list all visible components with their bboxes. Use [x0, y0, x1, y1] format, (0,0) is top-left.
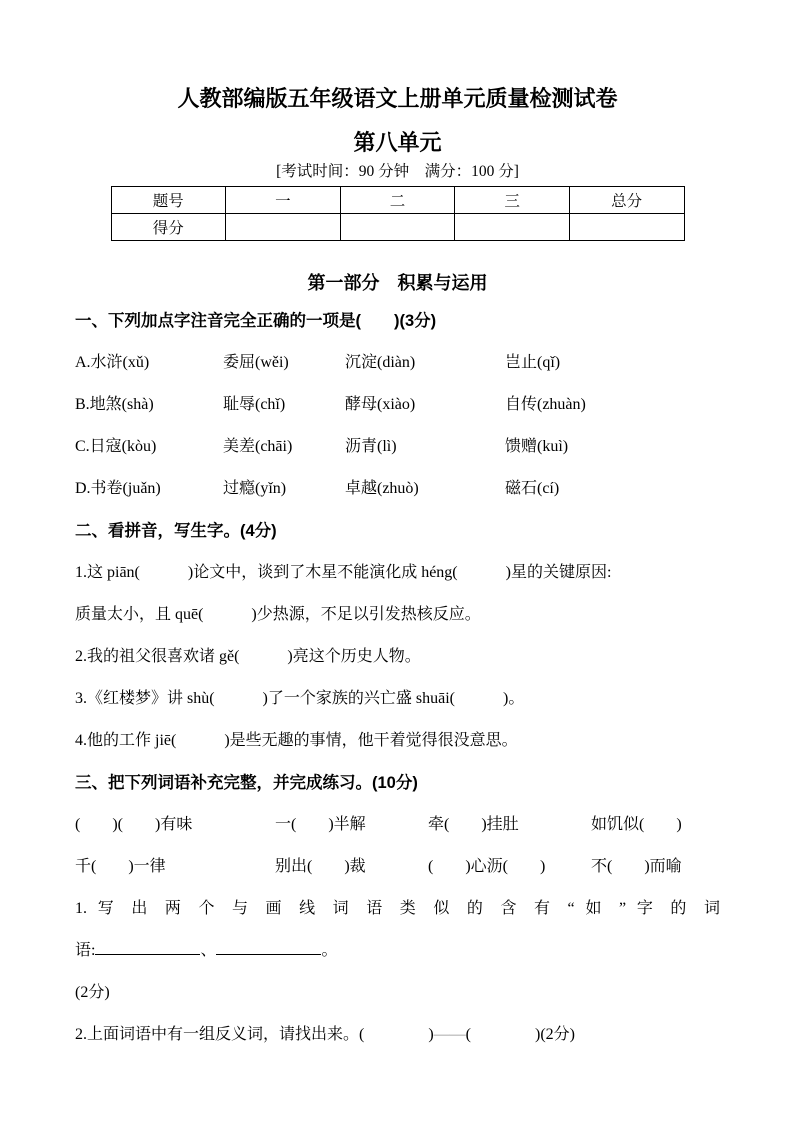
option-row-c: C.日寇(kòu) 美差(chāi) 沥青(lì) 馈赠(kuì) [75, 426, 720, 468]
answer-blank-line [216, 940, 321, 955]
sub2-dash: —— [434, 1026, 466, 1043]
idiom-item: ( )心沥( ) [428, 846, 591, 888]
option-item: A.水浒(xǔ) [75, 342, 223, 384]
option-item: 馈赠(kuì) [505, 426, 720, 468]
option-row-d: D.书卷(juǎn) 过瘾(yǐn) 卓越(zhuò) 磁石(cí) [75, 468, 720, 510]
idiom-item: 不( )而喻 [591, 846, 720, 888]
question3-stem: 三、把下列词语补充完整，并完成练习。(10分) [75, 762, 720, 804]
option-item: 自传(zhuàn) [505, 384, 720, 426]
score-row-label: 得分 [111, 214, 226, 241]
option-item: 耻辱(chǐ) [223, 384, 345, 426]
idiom-row-2: 千( )一律 别出( )裁 ( )心沥( ) 不( )而喻 [75, 846, 720, 888]
score-table-header-cell: 总分 [569, 187, 684, 214]
idiom-item: ( )( )有味 [75, 804, 275, 846]
sub1-separator: 、 [200, 942, 216, 959]
idiom-item: 别出( )裁 [275, 846, 428, 888]
option-item: C.日寇(kòu) [75, 426, 223, 468]
option-item: B.地煞(shà) [75, 384, 223, 426]
exam-paper-page: 人教部编版五年级语文上册单元质量检测试卷 第八单元 [考试时间：90 分钟 满分… [0, 0, 794, 1123]
question2-line: 2.我的祖父很喜欢诸 gě( )亮这个历史人物。 [75, 636, 720, 678]
question2-line: 1.这 piān( )论文中，谈到了木星不能演化成 héng( )星的关键原因: [75, 552, 720, 594]
question1-stem: 一、下列加点字注音完全正确的一项是( )(3分) [75, 300, 720, 342]
score-table-header-cell: 二 [340, 187, 455, 214]
question3-sub1-line2: 语:、。 [75, 930, 720, 972]
question3-sub1-line1: 1. 写 出 两 个 与 画 线 词 语 类 似 的 含 有 “ 如 ” 字 的… [75, 888, 720, 930]
option-item: D.书卷(juǎn) [75, 468, 223, 510]
option-item: 酵母(xiào) [345, 384, 505, 426]
option-row-a: A.水浒(xǔ) 委屈(wěi) 沉淀(diàn) 岂止(qǐ) [75, 342, 720, 384]
score-table-header-cell: 题号 [111, 187, 226, 214]
sub2-text: 2.上面词语中有一组反义词，请找出来。( ) [75, 1026, 434, 1043]
idiom-item: 千( )一律 [75, 846, 275, 888]
score-table: 题号 一 二 三 总分 得分 [111, 186, 685, 241]
paper-title: 人教部编版五年级语文上册单元质量检测试卷 [75, 84, 720, 114]
score-table-score-row: 得分 [111, 214, 684, 241]
question2-line: 质量太小，且 quē( )少热源，不足以引发热核反应。 [75, 594, 720, 636]
score-cell-empty [569, 214, 684, 241]
option-item: 沉淀(diàn) [345, 342, 505, 384]
score-table-header-cell: 三 [455, 187, 570, 214]
sub1-prefix: 语: [75, 942, 95, 959]
answer-blank-line [95, 940, 200, 955]
unit-subtitle: 第八单元 [75, 128, 720, 158]
option-row-b: B.地煞(shà) 耻辱(chǐ) 酵母(xiào) 自传(zhuàn) [75, 384, 720, 426]
sub1-period: 。 [321, 942, 337, 959]
question2-line: 4.他的工作 jiē( )是些无趣的事情，他干着觉得很没意思。 [75, 720, 720, 762]
score-cell-empty [455, 214, 570, 241]
idiom-row-1: ( )( )有味 一( )半解 牵( )挂肚 如饥似( ) [75, 804, 720, 846]
score-cell-empty [340, 214, 455, 241]
idiom-item: 牵( )挂肚 [428, 804, 591, 846]
idiom-item: 一( )半解 [275, 804, 428, 846]
part1-heading: 第一部分 积累与运用 [75, 266, 720, 300]
sub2-text: ( )(2分) [466, 1026, 575, 1043]
option-item: 卓越(zhuò) [345, 468, 505, 510]
question3-sub1-points: (2分) [75, 972, 720, 1014]
idiom-item: 如饥似( ) [591, 804, 720, 846]
option-item: 过瘾(yǐn) [223, 468, 345, 510]
option-item: 岂止(qǐ) [505, 342, 720, 384]
option-item: 磁石(cí) [505, 468, 720, 510]
score-table-header-cell: 一 [226, 187, 341, 214]
question2-stem: 二、看拼音，写生字。(4分) [75, 510, 720, 552]
option-item: 美差(chāi) [223, 426, 345, 468]
question2-line: 3.《红楼梦》讲 shù( )了一个家族的兴亡盛 shuāi( )。 [75, 678, 720, 720]
score-table-header-row: 题号 一 二 三 总分 [111, 187, 684, 214]
option-item: 沥青(lì) [345, 426, 505, 468]
exam-info: [考试时间：90 分钟 满分：100 分] [75, 158, 720, 186]
score-cell-empty [226, 214, 341, 241]
question3-sub2: 2.上面词语中有一组反义词，请找出来。( )——( )(2分) [75, 1014, 720, 1056]
option-item: 委屈(wěi) [223, 342, 345, 384]
